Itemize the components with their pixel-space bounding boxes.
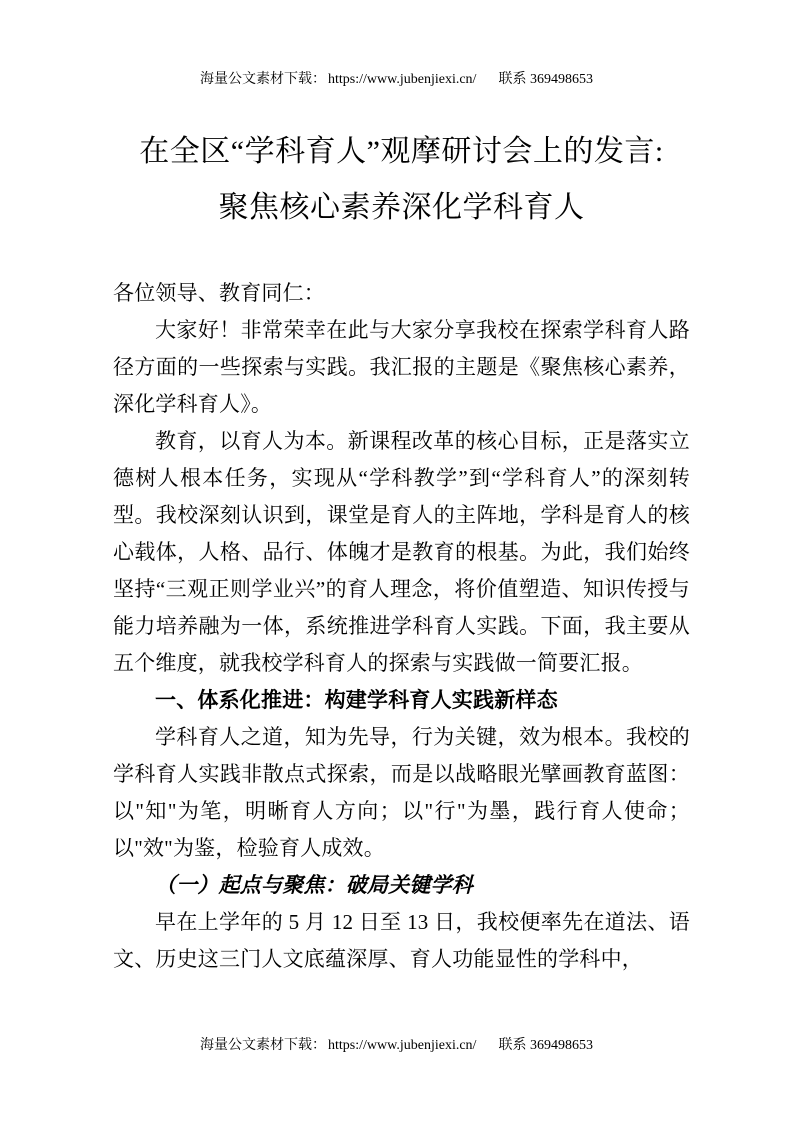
footer-contact: 联系 369498653 xyxy=(498,1038,593,1053)
document-title-line-1: 在全区“学科育人”观摩研讨会上的发言: xyxy=(113,124,690,180)
document-title: 在全区“学科育人”观摩研讨会上的发言: 聚焦核心素养深化学科育人 xyxy=(113,124,690,236)
page-footer: 海量公文素材下载：https://www.jubenjiexi.cn/联系 36… xyxy=(0,1036,793,1056)
paragraph: 早在上学年的 5 月 12 日至 13 日，我校便率先在道法、语文、历史这三门人… xyxy=(113,904,690,978)
paragraph: 教育，以育人为本。新课程改革的核心目标，正是落实立德树人根本任务，实现从“学科教… xyxy=(113,423,690,682)
paragraph: 大家好！非常荣幸在此与大家分享我校在探索学科育人路径方面的一些探索与实践。我汇报… xyxy=(113,312,690,423)
header-contact: 联系 369498653 xyxy=(498,72,593,87)
section-heading: （一）起点与聚焦：破局关键学科 xyxy=(113,867,690,904)
header-label: 海量公文素材下载： xyxy=(200,72,326,87)
section-heading: 一、体系化推进：构建学科育人实践新样态 xyxy=(113,682,690,719)
header-url: https://www.jubenjiexi.cn/ xyxy=(328,72,476,87)
footer-url: https://www.jubenjiexi.cn/ xyxy=(328,1038,476,1053)
paragraph: 学科育人之道，知为先导，行为关键，效为根本。我校的学科育人实践非散点式探索，而是… xyxy=(113,719,690,867)
document-page: 海量公文素材下载：https://www.jubenjiexi.cn/联系 36… xyxy=(0,0,793,1122)
footer-label: 海量公文素材下载： xyxy=(200,1038,326,1053)
document-body: 各位领导、教育同仁：大家好！非常荣幸在此与大家分享我校在探索学科育人路径方面的一… xyxy=(113,275,690,978)
document-content: 在全区“学科育人”观摩研讨会上的发言: 聚焦核心素养深化学科育人 各位领导、教育… xyxy=(113,124,690,978)
paragraph: 各位领导、教育同仁： xyxy=(113,275,690,312)
page-header: 海量公文素材下载：https://www.jubenjiexi.cn/联系 36… xyxy=(0,70,793,90)
document-title-line-2: 聚焦核心素养深化学科育人 xyxy=(113,180,690,236)
